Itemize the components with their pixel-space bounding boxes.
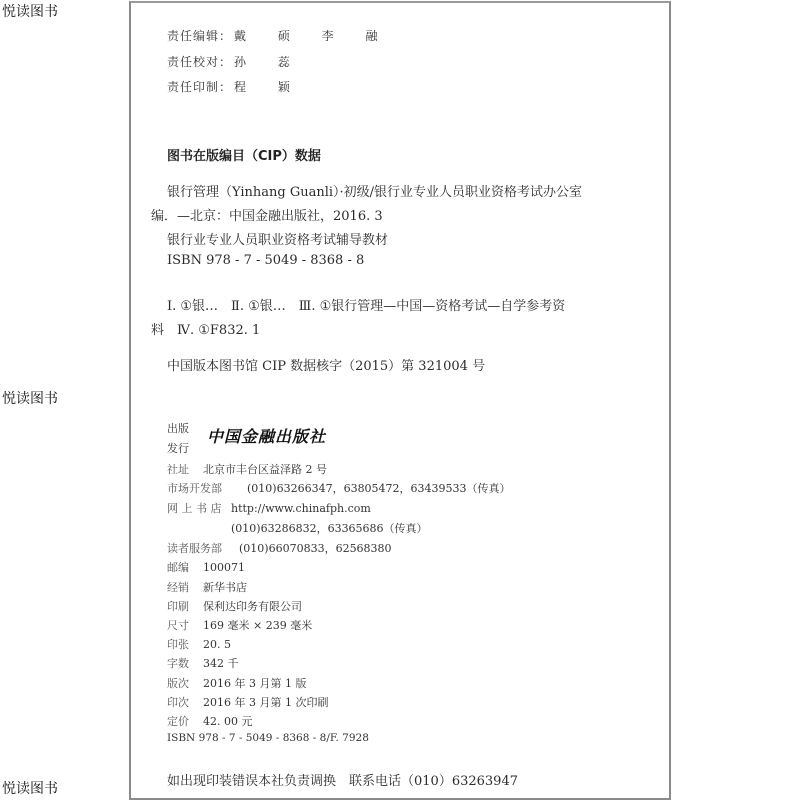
imprint-row: 社址北京市丰台区益泽路 2 号 — [167, 461, 327, 477]
staff-value: 戴 硕 李 融 — [234, 29, 391, 43]
imprint-row: 读者服务部(010)66070833，62568380 — [167, 540, 392, 556]
imprint-row: 印次2016 年 3 月第 1 次印刷 — [167, 694, 328, 710]
publisher-label: 出版 发行 — [167, 420, 189, 456]
publisher-name: 中国金融出版社 — [207, 424, 326, 447]
cip-line: 编．—北京：中国金融出版社，2016. 3 — [151, 205, 383, 224]
watermark-bottom: 悦读图书 — [2, 778, 58, 798]
staff-label: 责任校对： — [167, 55, 232, 69]
imprint-row-price: 定价42. 00 元 — [167, 713, 252, 729]
watermark-middle: 悦读图书 — [2, 388, 58, 408]
imprint-row: 尺寸169 毫米 × 239 毫米 — [167, 617, 312, 633]
footer-notice: 如出现印装错误本社负责调换 联系电话（010）63263947 — [167, 770, 518, 789]
watermark-top: 悦读图书 — [2, 1, 58, 21]
staff-value: 孙 蕊 — [234, 55, 304, 69]
imprint-row: 邮编100071 — [167, 559, 245, 575]
publisher-label-2: 发行 — [167, 440, 189, 456]
imprint-row: 版次2016 年 3 月第 1 版 — [167, 675, 306, 691]
imprint-row: 市场开发部(010)63266347，63805472，63439533（传真） — [167, 480, 511, 496]
imprint-isbn: ISBN 978 - 7 - 5049 - 8368 - 8/F. 7928 — [167, 732, 369, 744]
staff-printing: 责任印制：程 颖 — [167, 78, 304, 95]
cip-classification: Ⅰ. ①银… Ⅱ. ①银… Ⅲ. ①银行管理—中国—资格考试—自学参考资 — [167, 295, 565, 314]
cip-line: 银行业专业人员职业资格考试辅导教材 — [167, 229, 388, 248]
staff-label: 责任编辑： — [167, 29, 232, 43]
cip-isbn: ISBN 978 - 7 - 5049 - 8368 - 8 — [167, 253, 364, 268]
copyright-page: 责任编辑：戴 硕 李 融 责任校对：孙 蕊 责任印制：程 颖 图书在版编目（CI… — [129, 1, 671, 800]
cip-classification: 料 Ⅳ. ①F832. 1 — [151, 319, 260, 338]
staff-label: 责任印制： — [167, 80, 232, 94]
staff-proofreader: 责任校对：孙 蕊 — [167, 53, 304, 70]
cip-record: 中国版本图书馆 CIP 数据核字（2015）第 321004 号 — [167, 355, 485, 374]
cip-line: 银行管理（Yinhang Guanli）·初级/银行业专业人员职业资格考试办公室 — [167, 181, 582, 200]
imprint-row: 印张20. 5 — [167, 636, 231, 652]
cip-title: 图书在版编目（CIP）数据 — [167, 145, 321, 164]
imprint-row: 印刷保利达印务有限公司 — [167, 598, 302, 614]
website-link: http://www.chinafph.com — [231, 502, 371, 515]
imprint-row: (010)63286832，63365686（传真） — [231, 520, 428, 536]
imprint-row: 经销新华书店 — [167, 579, 247, 595]
staff-value: 程 颖 — [234, 80, 304, 94]
imprint-row: 字数342 千 — [167, 655, 239, 671]
staff-editor: 责任编辑：戴 硕 李 融 — [167, 27, 391, 44]
publisher-label-1: 出版 — [167, 420, 189, 436]
imprint-row: 网 上 书 店http://www.chinafph.com — [167, 500, 371, 516]
